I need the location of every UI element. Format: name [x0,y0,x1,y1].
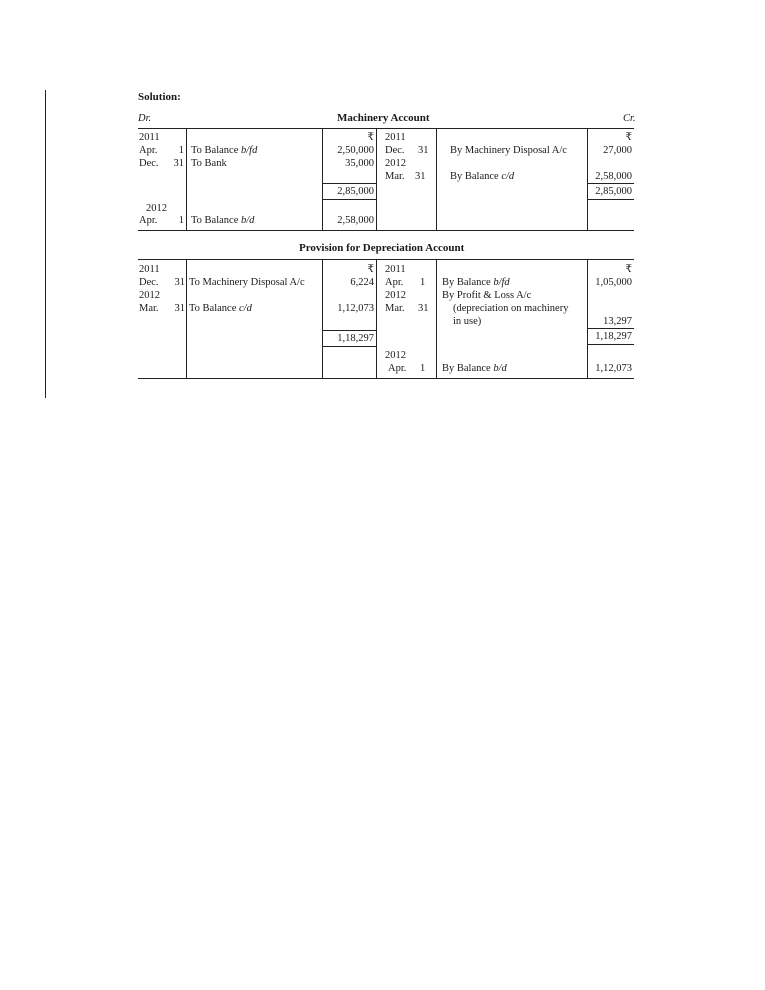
col-divider [186,128,187,230]
amount: 1,12,073 [587,363,632,376]
particulars: To Balance c/d [189,303,252,316]
provision-account-title: Provision for Depreciation Account [299,242,464,254]
cr-label: Cr. [623,113,636,124]
margin-line [45,90,46,398]
date-month: Apr. [139,145,157,158]
date-day: 1 [160,145,184,158]
total-rule [322,183,376,184]
date-month: Mar. [385,171,405,184]
solution-heading: Solution: [138,91,181,103]
date-month: Mar. [139,303,159,316]
amount: 2,58,000 [322,215,374,228]
debit-year: 2012 [139,290,160,303]
top-rule [138,128,634,129]
date-day: 31 [418,303,429,316]
date-month: Dec. [139,158,159,171]
credit-year: 2012 [385,350,406,363]
date-day: 31 [160,303,185,316]
credit-year: 2011 [385,264,406,277]
date-month: Dec. [139,277,159,290]
particulars: By Balance b/d [442,363,507,376]
date-day: 31 [160,158,184,171]
top-rule [138,259,634,260]
total-rule [587,199,634,200]
machinery-account-title: Machinery Account [337,112,430,124]
bottom-rule [138,230,634,231]
amount: 2,58,000 [587,171,632,184]
debit-year: 2012 [146,203,167,216]
total-amount: 1,18,297 [322,333,374,346]
date-month: Apr. [139,215,157,228]
total-amount: 2,85,000 [587,186,632,199]
col-divider [436,128,437,230]
amount: 13,297 [587,316,632,329]
debit-year: 2011 [139,132,160,145]
particulars: By Balance b/fd [442,277,510,290]
particulars: By Machinery Disposal A/c [450,145,567,158]
total-amount: 2,85,000 [322,186,374,199]
amount: 1,12,073 [322,303,374,316]
col-divider [376,259,377,378]
date-day: 1 [420,277,425,290]
particulars: By Balance c/d [450,171,514,184]
rupee-icon: ₹ [587,132,632,145]
date-month: Mar. [385,303,405,316]
rupee-icon: ₹ [322,264,374,277]
particulars: in use) [453,316,481,329]
rupee-icon: ₹ [587,264,632,277]
credit-year: 2011 [385,132,406,145]
total-rule [322,346,376,347]
particulars: To Balance b/fd [191,145,257,158]
date-day: 31 [160,277,185,290]
particulars: To Balance b/d [191,215,254,228]
date-day: 1 [160,215,184,228]
debit-year: 2011 [139,264,160,277]
total-rule [322,199,376,200]
date-month: Dec. [385,145,405,158]
particulars: To Machinery Disposal A/c [189,277,305,290]
particulars: By Profit & Loss A/c [442,290,531,303]
dr-label: Dr. [138,113,151,124]
amount: 6,224 [322,277,374,290]
amount: 1,05,000 [587,277,632,290]
col-divider [376,128,377,230]
credit-year: 2012 [385,158,406,171]
col-divider [186,259,187,378]
col-divider [436,259,437,378]
date-day: 31 [415,171,426,184]
total-rule [322,330,376,331]
total-rule [587,344,634,345]
amount: 35,000 [322,158,374,171]
date-month: Apr. [388,363,406,376]
date-day: 1 [420,363,425,376]
bottom-rule [138,378,634,379]
particulars: To Bank [191,158,227,171]
date-month: Apr. [385,277,403,290]
rupee-icon: ₹ [322,132,374,145]
amount: 2,50,000 [322,145,374,158]
total-amount: 1,18,297 [587,331,632,344]
date-day: 31 [418,145,429,158]
particulars: (depreciation on machinery [453,303,568,316]
amount: 27,000 [587,145,632,158]
credit-year: 2012 [385,290,406,303]
